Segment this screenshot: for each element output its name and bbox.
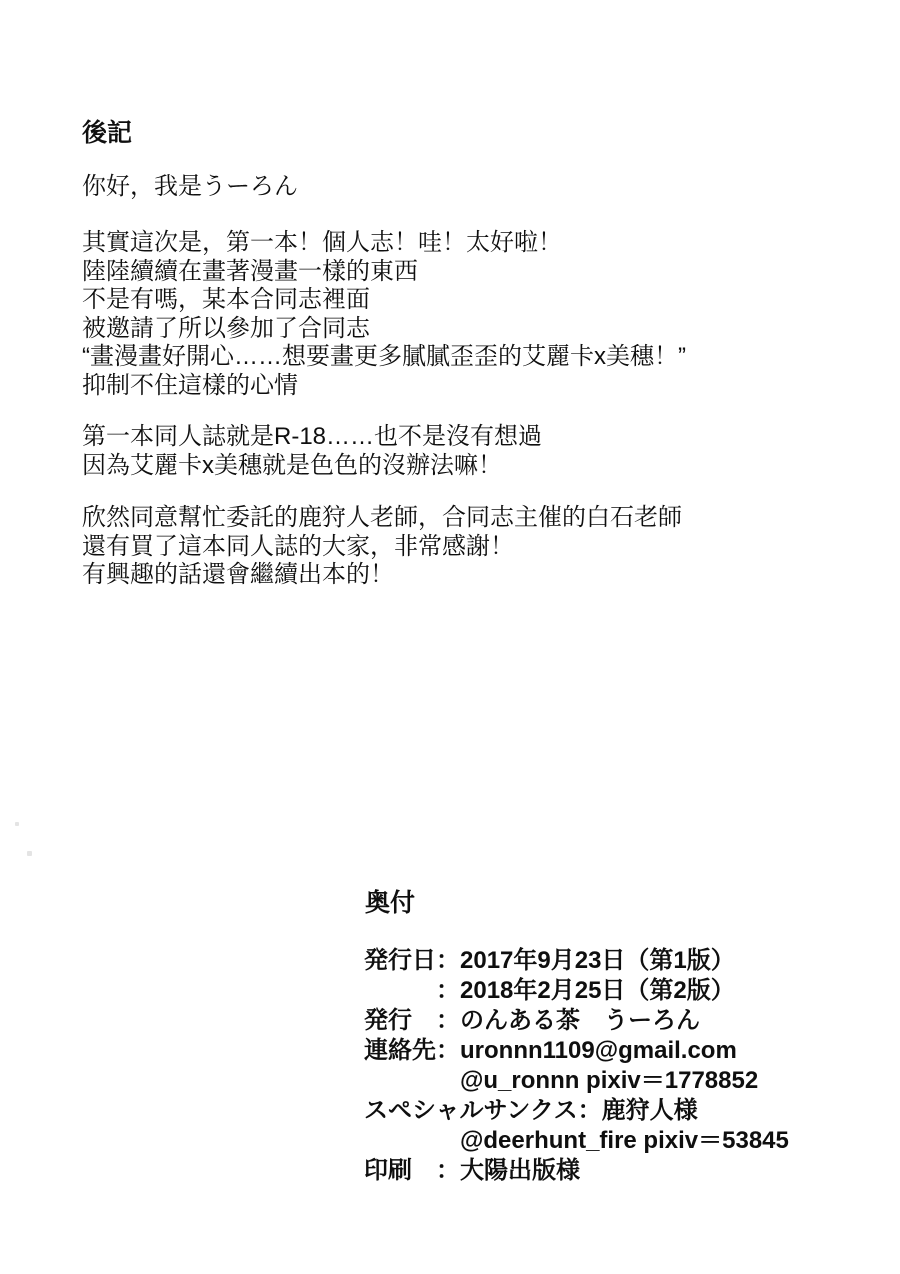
text-line: 因為艾麗卡x美穗就是色色的沒辦法嘛！ [82,452,542,481]
afterword-greeting: 你好，我是うーろん [82,172,298,201]
scan-speck [27,851,32,856]
text-line: 其實這次是，第一本！個人志！哇！太好啦！ [82,229,686,258]
scanned-document-page: { "page": { "background_color": "#ffffff… [0,0,900,1274]
colophon-section: 発行日：2017年9月23日（第1版） ：2018年2月25日（第2版） 発行 … [364,946,789,1186]
colophon-line: 連絡先：uronnn1109@gmail.com [364,1036,789,1066]
colophon-line: 発行 ：のんある茶 うーろん [364,1006,789,1036]
afterword-title: 後記 [82,118,132,148]
text-line: “畫漫畫好開心……想要畫更多膩膩歪歪的艾麗卡x美穗！” [82,343,686,372]
text-line: 陸陸續續在畫著漫畫一樣的東西 [82,258,686,287]
text-line: 被邀請了所以參加了合同志 [82,315,686,344]
text-line: 抑制不住這樣的心情 [82,372,686,401]
colophon-line: スペシャルサンクス：鹿狩人様 [364,1096,789,1126]
text-line: 欣然同意幫忙委託的鹿狩人老師，合同志主催的白石老師 [82,504,682,533]
afterword-paragraph-2: 第一本同人誌就是R-18……也不是沒有想過 因為艾麗卡x美穗就是色色的沒辦法嘛！ [82,423,542,480]
scan-speck [15,822,19,826]
colophon-title: 奥付 [365,888,415,918]
text-line: 還有買了這本同人誌的大家，非常感謝！ [82,533,682,562]
colophon-line: @u_ronnn pixiv＝1778852 [364,1066,789,1096]
text-line: 有興趣的話還會繼續出本的！ [82,561,682,590]
text-line: 第一本同人誌就是R-18……也不是沒有想過 [82,423,542,452]
text-line: 不是有嗎，某本合同志裡面 [82,286,686,315]
colophon-line: 発行日：2017年9月23日（第1版） [364,946,789,976]
afterword-paragraph-1: 其實這次是，第一本！個人志！哇！太好啦！ 陸陸續續在畫著漫畫一樣的東西 不是有嗎… [82,229,686,400]
colophon-line: @deerhunt_fire pixiv＝53845 [364,1126,789,1156]
colophon-line: 印刷 ：大陽出版様 [364,1156,789,1186]
colophon-line: ：2018年2月25日（第2版） [364,976,789,1006]
afterword-paragraph-3: 欣然同意幫忙委託的鹿狩人老師，合同志主催的白石老師 還有買了這本同人誌的大家，非… [82,504,682,590]
